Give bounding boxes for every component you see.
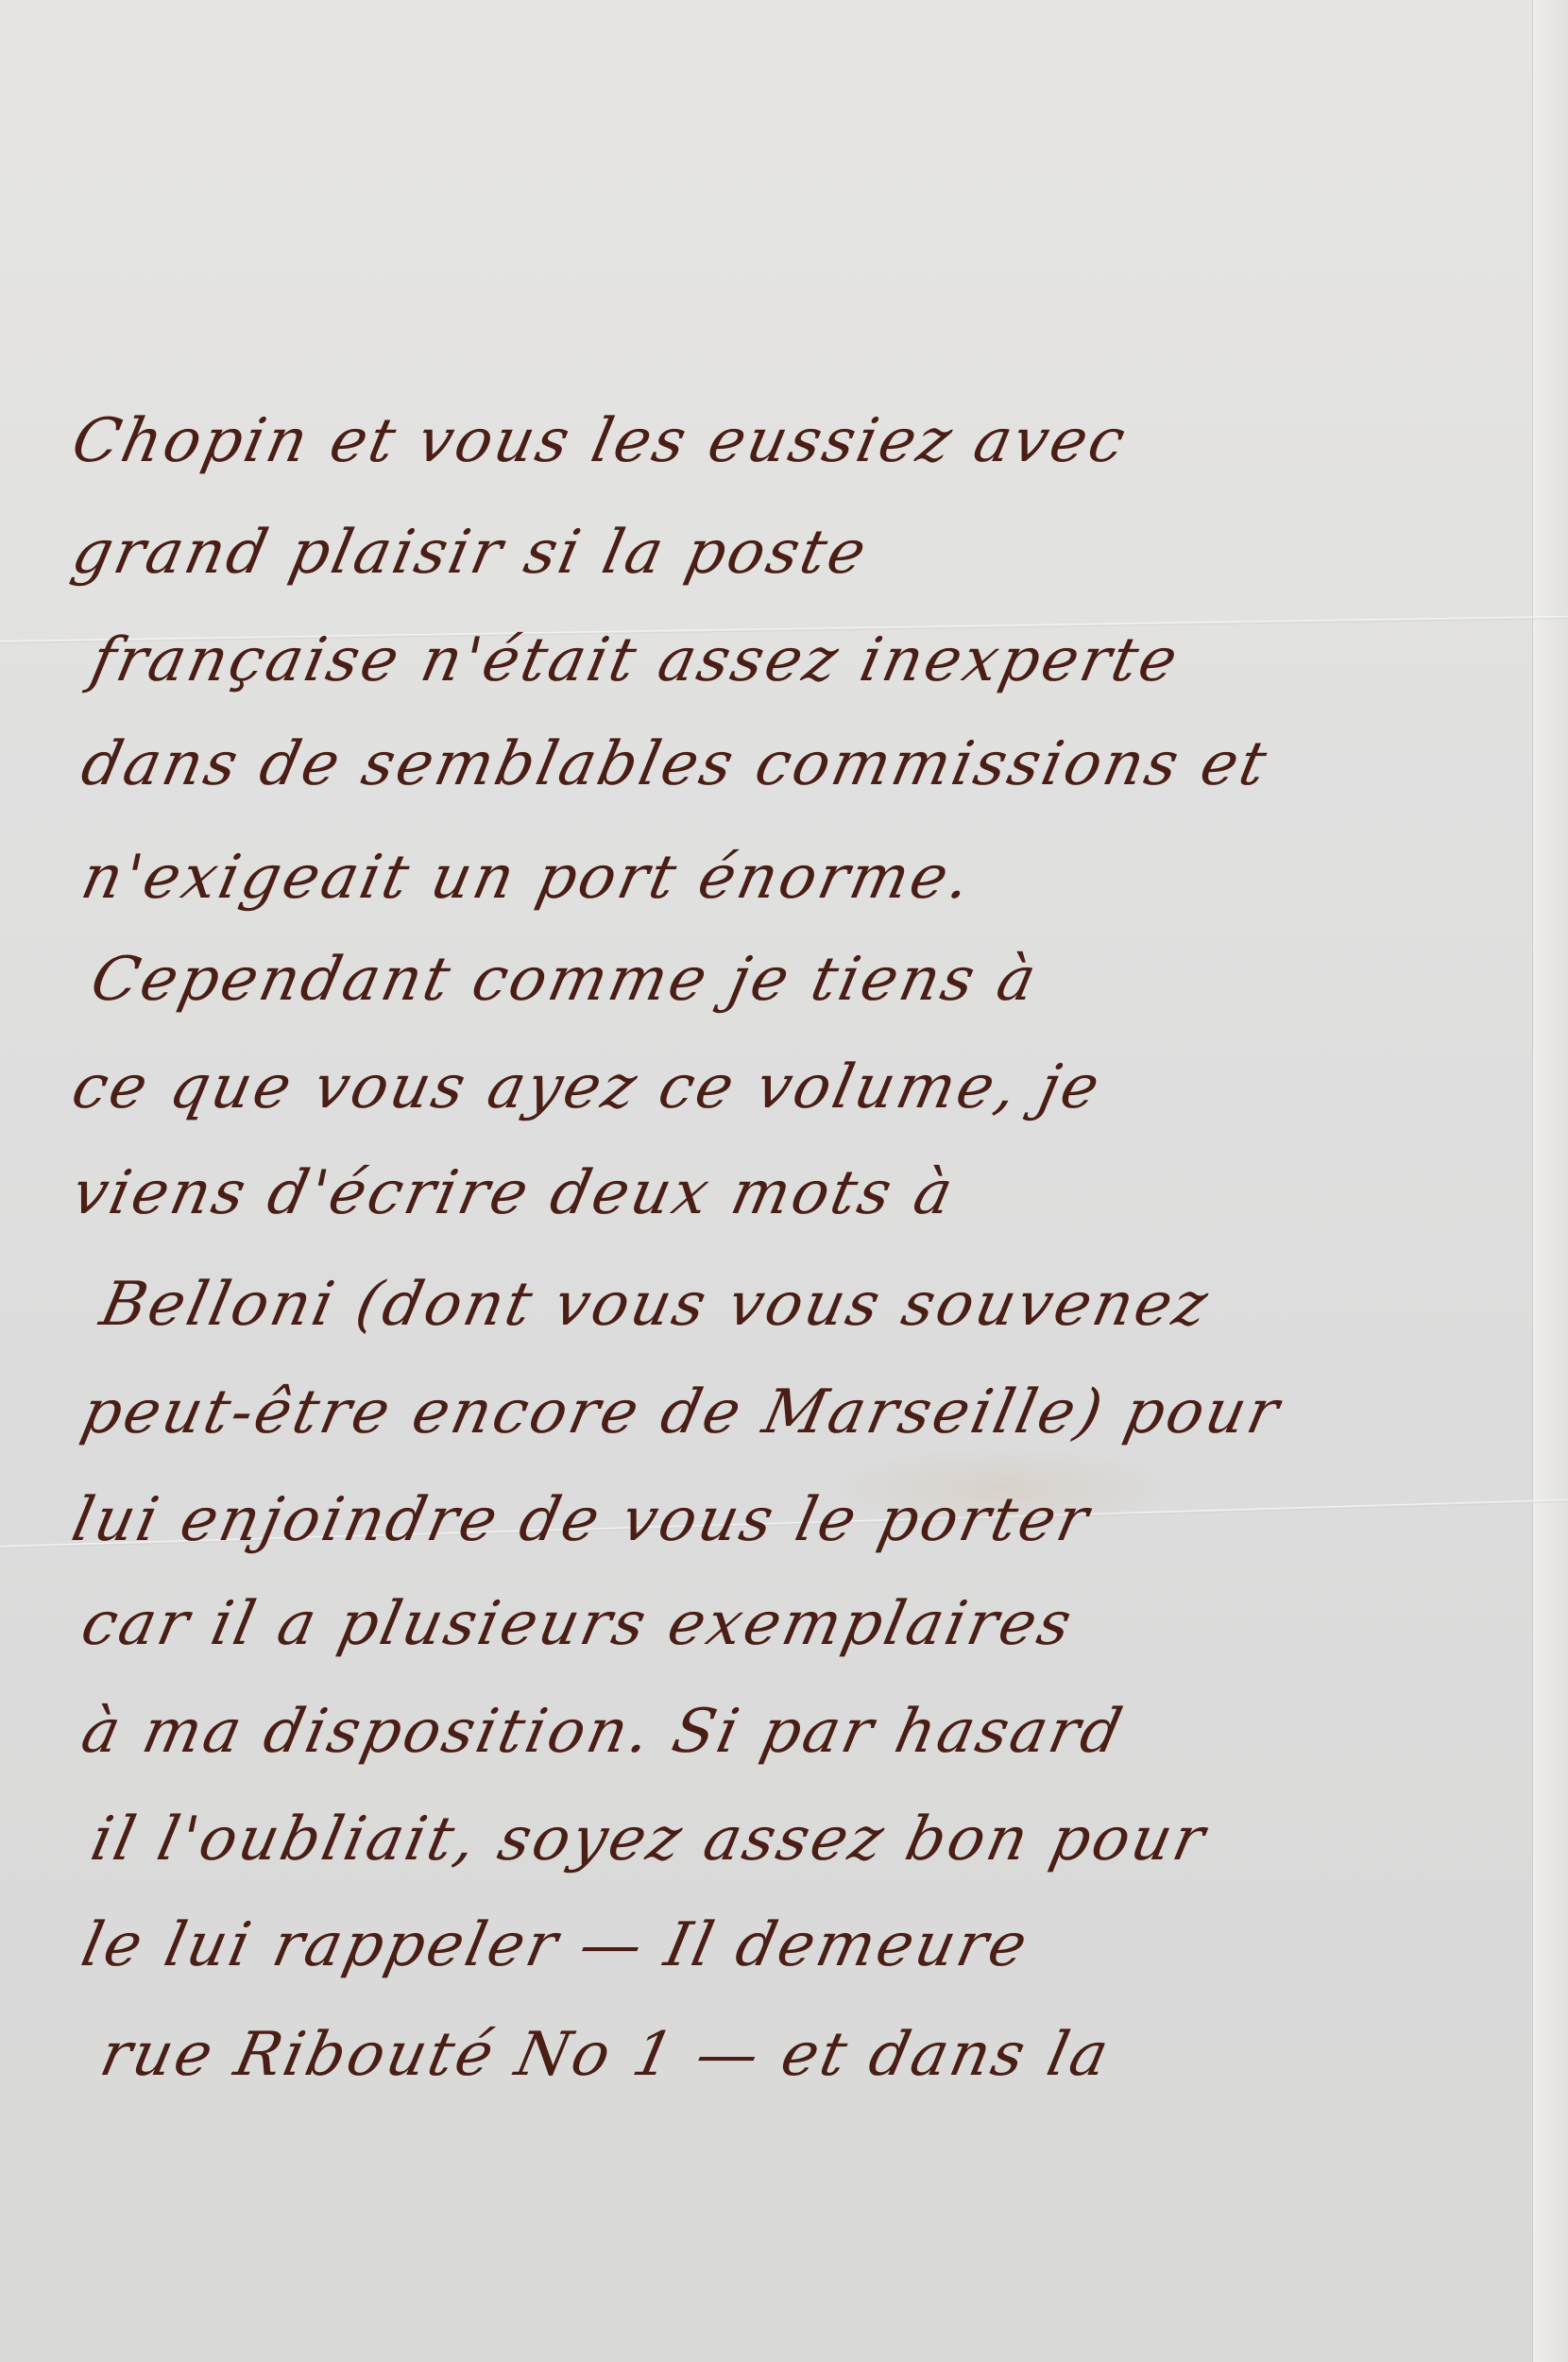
letter-line: Chopin et vous les eussiez avec [66,406,1133,476]
letter-line: à ma disposition. Si par hasard [76,1697,1131,1767]
letter-line: viens d'écrire deux mots à [66,1158,962,1228]
letter-line: grand plaisir si la poste [66,518,875,588]
letter-line: Cependant comme je tiens à [85,945,1045,1015]
letter-line: dans de semblables commissions et [76,729,1275,799]
letter-line: lui enjoindre de vous le porter [66,1485,1097,1555]
letter-line: il l'oubliait, soyez assez bon pour [85,1805,1213,1874]
letter-line: le lui rappeler — Il demeure [76,1910,1035,1980]
letter-line: Belloni (dont vous vous souvenez [94,1270,1217,1340]
letter-line: française n'était assez inexperte [85,625,1185,695]
letter-line: peut-être encore de Marseille) pour [76,1378,1287,1447]
letter-line: ce que vous ayez ce volume, je [66,1053,1108,1122]
letter-line: n'exigeait un port énorme. [76,843,980,913]
page-edge [1532,0,1568,2362]
letter-line: rue Ribouté No 1 — et dans la [94,2020,1116,2090]
letter-line: car il a plusieurs exemplaires [76,1589,1080,1659]
